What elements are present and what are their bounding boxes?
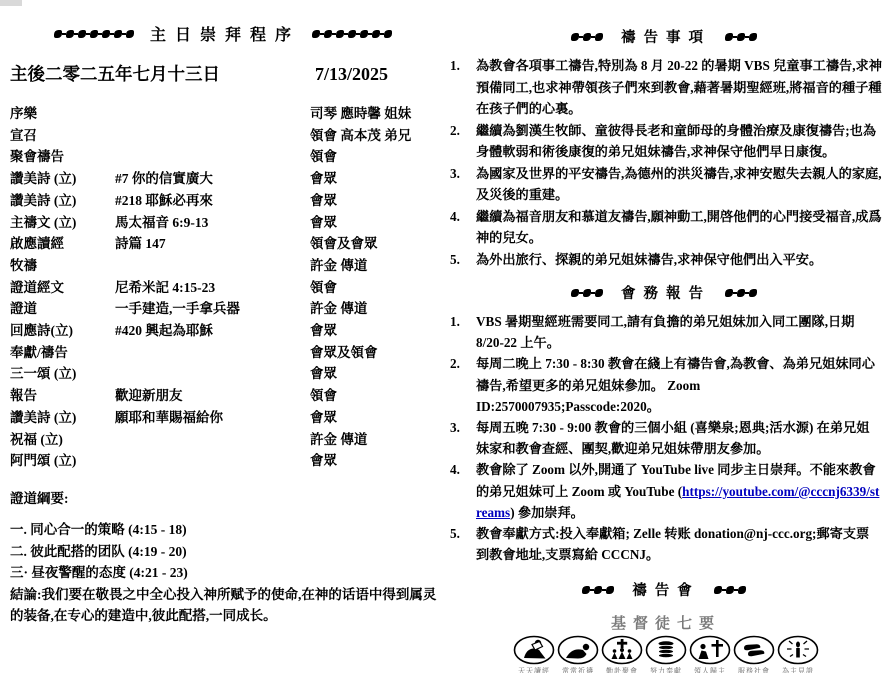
program-item-detail: 願耶和華賜福給你 <box>115 407 310 429</box>
attend-church-caption: 勤赴聚會 <box>600 666 644 673</box>
prayer-items-header: 禱告事項 <box>450 26 882 47</box>
list-item-number: 4. <box>450 206 476 249</box>
list-item: 4.教會除了 Zoom 以外,開通了 YouTube live 同步主日崇拜。不… <box>450 459 882 523</box>
list-item-segment: 為外出旅行、探親的弟兄姐妹禱告,求神保守他們出入平安。 <box>476 252 822 267</box>
program-item-label: 祝福 (立) <box>10 429 115 451</box>
list-item-text: 為國家及世界的平安禱告,為德州的洪災禱告,求神安慰失去親人的家庭,及災後的重建。 <box>476 163 882 206</box>
church-report-list: 1.VBS 暑期聖經班需要同工,請有負擔的弟兄姐妹加入同工團隊,日期 8/20-… <box>450 311 882 565</box>
program-row: 宣召領會 高本茂 弟兄 <box>10 125 440 147</box>
program-item-detail <box>115 103 310 125</box>
program-item-label: 三一頌 (立) <box>10 363 115 385</box>
sermon-outline-points: 一. 同心合一的策略 (4:15 - 18)二. 彼此配搭的团队 (4:19 -… <box>10 519 440 584</box>
program-item-person: 領會 <box>310 385 440 407</box>
announcements-column: 禱告事項 1.為教會各項事工禱告,特別為 8 月 20-22 的暑期 VBS 兒… <box>450 0 882 673</box>
program-row: 回應詩(立)#420 興起為耶穌會眾 <box>10 320 440 342</box>
list-item: 1.VBS 暑期聖經班需要同工,請有負擔的弟兄姐妹加入同工團隊,日期 8/20-… <box>450 311 882 353</box>
witness-for-lord-icon <box>777 635 819 665</box>
date-chinese: 主後二零二五年七月十三日 <box>10 61 315 86</box>
diligent-offering-icon <box>645 635 687 665</box>
list-item-text: 每周二晚上 7:30 - 8:30 教會在綫上有禱告會,為教會、為弟兄姐妹同心禱… <box>476 353 882 417</box>
program-item-label: 阿門頌 (立) <box>10 450 115 472</box>
list-item-number: 3. <box>450 417 476 459</box>
program-item-detail <box>115 429 310 451</box>
program-item-person: 領會 <box>310 146 440 168</box>
list-item-text: 教會除了 Zoom 以外,開通了 YouTube live 同步主日崇拜。不能來… <box>476 459 882 523</box>
chain-ornament-right <box>725 288 761 298</box>
program-item-person: 許金 傳道 <box>310 255 440 277</box>
program-item-person: 會眾 <box>310 190 440 212</box>
list-item-segment: ) 參加崇拜。 <box>510 505 584 520</box>
prayer-items-title: 禱告事項 <box>621 26 711 47</box>
program-item-label: 序樂 <box>10 103 115 125</box>
worship-order-header: 主日崇拜程序 <box>10 22 440 45</box>
sermon-outline: 證道綱要: 一. 同心合一的策略 (4:15 - 18)二. 彼此配搭的团队 (… <box>10 488 440 627</box>
list-item-segment: 教會奉獻方式:投入奉獻箱; Zelle 转账 donation@nj-ccc.o… <box>476 526 869 562</box>
sermon-outline-conclusion: 結論:我们要在敬畏之中全心投入神所赋予的使命,在神的话语中得到属灵的装备,在专心… <box>10 584 440 627</box>
diligent-offering-caption: 努力奉獻 <box>644 666 688 673</box>
program-item-detail: 詩篇 147 <box>115 233 310 255</box>
list-item-text: 繼續為福音朋友和慕道友禱告,願神動工,開啓他們的心門接受福音,成爲神的兒女。 <box>476 206 882 249</box>
list-item-number: 1. <box>450 55 476 120</box>
program-row: 證道一手建造,一手拿兵器許金 傳道 <box>10 298 440 320</box>
outline-point: 二. 彼此配搭的团队 (4:19 - 20) <box>10 541 440 563</box>
chain-ornament-right <box>725 32 761 42</box>
list-item-segment: 繼續為劉漢生牧師、童彼得長老和童師母的身體治療及康復禱告;也為身體軟弱和術後康復… <box>476 123 876 160</box>
chain-ornament-left <box>54 29 138 39</box>
list-item-segment: 為國家及世界的平安禱告,為德州的洪災禱告,求神安慰失去親人的家庭,及災後的重建。 <box>476 166 882 203</box>
program-item-person: 領會 <box>310 277 440 299</box>
constant-prayer-caption: 常常祈禱 <box>556 666 600 673</box>
seven-essentials-title: 基督徒七要 <box>450 612 882 633</box>
list-item-text: VBS 暑期聖經班需要同工,請有負擔的弟兄姐妹加入同工團隊,日期 8/20-22… <box>476 311 882 353</box>
program-item-detail: #218 耶穌必再來 <box>115 190 310 212</box>
outline-point: 三· 昼夜警醒的态度 (4:21 - 23) <box>10 562 440 584</box>
program-item-detail: 馬太福音 6:9-13 <box>115 212 310 234</box>
attend-church-icon <box>601 635 643 665</box>
program-item-label: 讚美詩 (立) <box>10 407 115 429</box>
program-item-label: 宣召 <box>10 125 115 147</box>
prayer-items-list: 1.為教會各項事工禱告,特別為 8 月 20-22 的暑期 VBS 兒童事工禱告… <box>450 55 882 270</box>
prayer-meeting-title: 禱告會 <box>632 579 700 600</box>
serve-society-icon <box>733 635 775 665</box>
program-item-detail: 尼希米記 4:15-23 <box>115 277 310 299</box>
program-row: 序樂司琴 應時馨 姐妹 <box>10 103 440 125</box>
church-report-title: 會務報告 <box>621 282 711 303</box>
constant-prayer-icon <box>557 635 599 665</box>
program-row: 聚會禱告領會 <box>10 146 440 168</box>
list-item-number: 1. <box>450 311 476 353</box>
program-row: 主禱文 (立)馬太福音 6:9-13會眾 <box>10 212 440 234</box>
program-item-detail <box>115 125 310 147</box>
list-item-text: 教會奉獻方式:投入奉獻箱; Zelle 转账 donation@nj-ccc.o… <box>476 523 882 565</box>
list-item-text: 繼續為劉漢生牧師、童彼得長老和童師母的身體治療及康復禱告;也為身體軟弱和術後康復… <box>476 120 882 163</box>
program-item-detail: 一手建造,一手拿兵器 <box>115 298 310 320</box>
daily-bible-reading-icon <box>513 635 555 665</box>
chain-ornament-right <box>714 585 750 595</box>
date-row: 主後二零二五年七月十三日 7/13/2025 <box>10 61 440 86</box>
program-item-person: 會眾 <box>310 450 440 472</box>
lead-people-to-lord-caption: 領人歸主 <box>688 666 732 673</box>
list-item-segment: 為教會各項事工禱告,特別為 8 月 20-22 的暑期 VBS 兒童事工禱告,求… <box>476 58 882 116</box>
program-item-person: 司琴 應時馨 姐妹 <box>310 103 440 125</box>
prayer-meeting-header: 禱告會 <box>450 579 882 600</box>
program-item-label: 聚會禱告 <box>10 146 115 168</box>
program-item-label: 主禱文 (立) <box>10 212 115 234</box>
witness-for-lord-caption: 為主見證 <box>776 666 820 673</box>
list-item: 3.每周五晚 7:30 - 9:00 教會的三個小組 (喜樂泉;恩典;活水源) … <box>450 417 882 459</box>
list-item: 5.為外出旅行、探親的弟兄姐妹禱告,求神保守他們出入平安。 <box>450 249 882 271</box>
list-item-number: 5. <box>450 249 476 271</box>
program-item-label: 讚美詩 (立) <box>10 190 115 212</box>
list-item: 2.繼續為劉漢生牧師、童彼得長老和童師母的身體治療及康復禱告;也為身體軟弱和術後… <box>450 120 882 163</box>
program-item-detail <box>115 342 310 364</box>
program-item-detail: #420 興起為耶穌 <box>115 320 310 342</box>
program-item-label: 奉獻/禱告 <box>10 342 115 364</box>
program-row: 啟應讀經詩篇 147領會及會眾 <box>10 233 440 255</box>
program-item-person: 會眾 <box>310 212 440 234</box>
list-item: 2.每周二晚上 7:30 - 8:30 教會在綫上有禱告會,為教會、為弟兄姐妹同… <box>450 353 882 417</box>
chain-ornament-left <box>571 32 607 42</box>
program-item-person: 領會 高本茂 弟兄 <box>310 125 440 147</box>
program-row: 報告歡迎新朋友領會 <box>10 385 440 407</box>
program-item-person: 會眾及領會 <box>310 342 440 364</box>
program-item-person: 許金 傳道 <box>310 429 440 451</box>
list-item-number: 5. <box>450 523 476 565</box>
page-title: 主日崇拜程序 <box>150 22 300 45</box>
list-item: 5.教會奉獻方式:投入奉獻箱; Zelle 转账 donation@nj-ccc… <box>450 523 882 565</box>
program-table: 序樂司琴 應時馨 姐妹宣召領會 高本茂 弟兄聚會禱告領會讚美詩 (立)#7 你的… <box>10 103 440 472</box>
daily-bible-reading-caption: 天天讀經 <box>512 666 556 673</box>
program-item-person: 會眾 <box>310 407 440 429</box>
program-row: 三一頌 (立)會眾 <box>10 363 440 385</box>
list-item-text: 每周五晚 7:30 - 9:00 教會的三個小組 (喜樂泉;恩典;活水源) 在弟… <box>476 417 882 459</box>
program-row: 奉獻/禱告會眾及領會 <box>10 342 440 364</box>
chain-ornament-left <box>582 585 618 595</box>
program-row: 牧禱許金 傳道 <box>10 255 440 277</box>
list-item: 4.繼續為福音朋友和慕道友禱告,願神動工,開啓他們的心門接受福音,成爲神的兒女。 <box>450 206 882 249</box>
program-item-detail <box>115 363 310 385</box>
program-item-label: 證道經文 <box>10 277 115 299</box>
program-row: 讚美詩 (立)願耶和華賜福給你會眾 <box>10 407 440 429</box>
lead-people-to-lord-icon <box>689 635 731 665</box>
list-item-segment: 每周二晚上 7:30 - 8:30 教會在綫上有禱告會,為教會、為弟兄姐妹同心禱… <box>476 356 875 413</box>
list-item-segment: 每周五晚 7:30 - 9:00 教會的三個小組 (喜樂泉;恩典;活水源) 在弟… <box>476 420 869 456</box>
list-item-number: 2. <box>450 120 476 163</box>
church-report-header: 會務報告 <box>450 282 882 303</box>
program-item-person: 會眾 <box>310 168 440 190</box>
program-item-label: 牧禱 <box>10 255 115 277</box>
program-item-label: 讚美詩 (立) <box>10 168 115 190</box>
list-item-text: 為外出旅行、探親的弟兄姐妹禱告,求神保守他們出入平安。 <box>476 249 882 271</box>
seven-essentials-icons <box>450 635 882 665</box>
list-item: 1.為教會各項事工禱告,特別為 8 月 20-22 的暑期 VBS 兒童事工禱告… <box>450 55 882 120</box>
program-row: 阿門頌 (立)會眾 <box>10 450 440 472</box>
list-item-segment: VBS 暑期聖經班需要同工,請有負擔的弟兄姐妹加入同工團隊,日期 8/20-22… <box>476 314 854 350</box>
program-item-detail <box>115 255 310 277</box>
chain-ornament-right <box>312 29 396 39</box>
program-item-detail: #7 你的信實廣大 <box>115 168 310 190</box>
date-numeric: 7/13/2025 <box>315 64 440 85</box>
program-row: 讚美詩 (立)#218 耶穌必再來會眾 <box>10 190 440 212</box>
program-row: 讚美詩 (立)#7 你的信實廣大會眾 <box>10 168 440 190</box>
program-item-label: 啟應讀經 <box>10 233 115 255</box>
list-item-number: 2. <box>450 353 476 417</box>
program-row: 證道經文尼希米記 4:15-23領會 <box>10 277 440 299</box>
program-item-label: 證道 <box>10 298 115 320</box>
program-item-person: 許金 傳道 <box>310 298 440 320</box>
program-item-detail: 歡迎新朋友 <box>115 385 310 407</box>
list-item-text: 為教會各項事工禱告,特別為 8 月 20-22 的暑期 VBS 兒童事工禱告,求… <box>476 55 882 120</box>
serve-society-caption: 服務社會 <box>732 666 776 673</box>
bulletin-page: 主日崇拜程序 主後二零二五年七月十三日 7/13/2025 序樂司琴 應時馨 姐… <box>0 0 888 673</box>
program-item-person: 會眾 <box>310 320 440 342</box>
list-item-number: 3. <box>450 163 476 206</box>
program-row: 祝福 (立)許金 傳道 <box>10 429 440 451</box>
program-item-detail <box>115 450 310 472</box>
seven-essentials-logo: 基督徒七要 天天讀經常常祈禱勤赴聚會努力奉獻領人歸主服務社會為主見證 <box>450 612 882 673</box>
worship-order-column: 主日崇拜程序 主後二零二五年七月十三日 7/13/2025 序樂司琴 應時馨 姐… <box>10 0 440 627</box>
program-item-person: 會眾 <box>310 363 440 385</box>
outline-point: 一. 同心合一的策略 (4:15 - 18) <box>10 519 440 541</box>
program-item-detail <box>115 146 310 168</box>
program-item-label: 回應詩(立) <box>10 320 115 342</box>
program-item-person: 領會及會眾 <box>310 233 440 255</box>
seven-essentials-captions: 天天讀經常常祈禱勤赴聚會努力奉獻領人歸主服務社會為主見證 <box>450 666 882 673</box>
chain-ornament-left <box>571 288 607 298</box>
list-item-segment: 繼續為福音朋友和慕道友禱告,願神動工,開啓他們的心門接受福音,成爲神的兒女。 <box>476 209 882 246</box>
sermon-outline-heading: 證道綱要: <box>10 488 440 510</box>
list-item: 3.為國家及世界的平安禱告,為德州的洪災禱告,求神安慰失去親人的家庭,及災後的重… <box>450 163 882 206</box>
list-item-number: 4. <box>450 459 476 523</box>
program-item-label: 報告 <box>10 385 115 407</box>
